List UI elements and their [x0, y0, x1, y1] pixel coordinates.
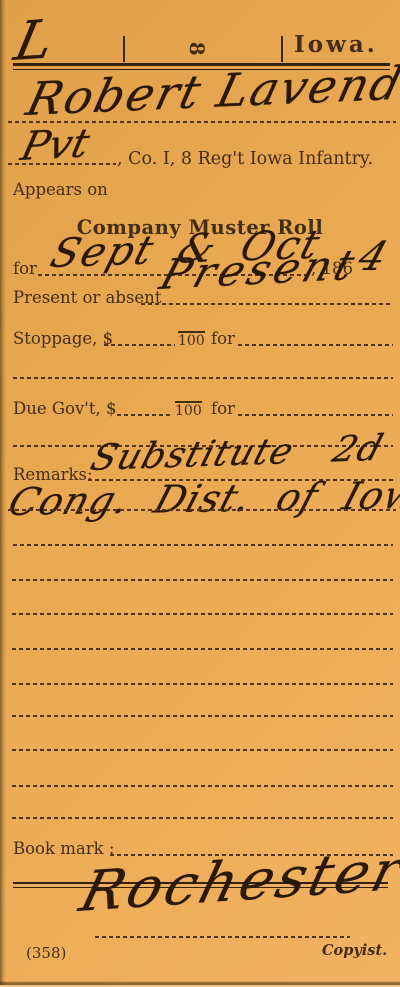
blank-line	[13, 377, 393, 379]
blank-line	[12, 579, 393, 581]
blank-line	[13, 544, 393, 546]
copyist-signature-handwritten: Rochester	[74, 838, 400, 925]
blank-line	[12, 785, 393, 787]
blank-line	[12, 683, 393, 685]
appears-on-text: Appears on	[13, 180, 108, 199]
blank-line	[12, 817, 393, 819]
remarks-handwritten-line1: Substitute 2d	[86, 428, 388, 479]
stoppage-reason-line	[238, 344, 393, 346]
stoppage-amount-line	[104, 344, 175, 346]
muster-roll-card: L 8 Iowa. Robert Lavender Pvt , Co. I, 8…	[0, 0, 400, 987]
stoppage-fraction: 100	[178, 331, 205, 348]
blank-line	[12, 648, 393, 650]
signature-line-dotted	[95, 936, 350, 938]
remarks-line2-dotted	[8, 509, 396, 511]
stoppage-label: Stoppage, $	[13, 329, 113, 348]
blank-line	[12, 715, 393, 717]
stoppage-for-label: for	[211, 329, 235, 348]
remarks-handwritten-line2: Cong. Dist. of Iowa	[3, 473, 400, 524]
present-line	[141, 303, 393, 305]
present-or-absent-label: Present or absent	[13, 288, 161, 307]
scan-left-edge	[0, 0, 6, 987]
copyist-label: Copyist.	[322, 942, 387, 959]
due-reason-line	[238, 414, 393, 416]
header-divider-2	[281, 36, 283, 62]
due-govt-label: Due Gov't, $	[13, 399, 116, 418]
blank-line	[12, 613, 393, 615]
book-mark-label: Book mark :	[13, 839, 114, 858]
plate-number: (358)	[26, 944, 66, 962]
present-value-handwritten: Present	[154, 240, 364, 299]
header-state-name: Iowa.	[294, 31, 378, 58]
for-label: for	[13, 259, 37, 278]
due-fraction: 100	[175, 401, 202, 418]
rank-handwritten: Pvt	[17, 121, 94, 170]
blank-line	[12, 749, 393, 751]
unit-text: , Co. I, 8 Reg't Iowa Infantry.	[117, 149, 373, 169]
scan-bottom-edge	[0, 981, 400, 987]
due-amount-line	[117, 414, 172, 416]
header-divider-1	[123, 36, 125, 62]
due-for-label: for	[211, 399, 235, 418]
header-regiment-number: 8	[185, 42, 209, 56]
